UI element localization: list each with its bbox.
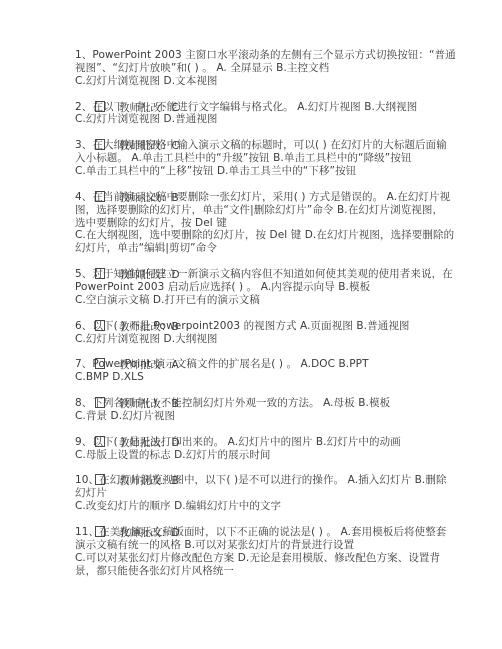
teacher-grade-line: 教师批改：D xyxy=(75,255,435,268)
question-4-line-4: C.在大纲视图，选中要删除的幻灯片，按 Del 键 D.在幻灯片视图，选择要删除… xyxy=(75,229,435,242)
question-5-line-1: 5、对于知道如何建立一新演示文稿内容但不知道如何使其美观的使用者来说，在 xyxy=(75,268,435,281)
question-8-line-1: 8、下列各项中( ) 不能控制幻灯片外观一致的方法。 A.母板 B.模板 xyxy=(75,397,435,410)
question-2-line-1: 2、在以下 中，不能进行文字编辑与格式化。 A.幻灯片视图 B.大纲视图 xyxy=(75,101,435,114)
question-1-line-1: 1、PowerPoint 2003 主窗口水平滚动条的左侧有三个显示方式切换按钮… xyxy=(75,49,435,62)
question-2-line-2: C.幻灯片浏览视图 D.普通视图 xyxy=(75,113,435,126)
question-4-line-3: 选中要删除的幻灯片，按 Del 键 xyxy=(75,217,435,230)
question-list: 1、PowerPoint 2003 主窗口水平滚动条的左侧有三个显示方式切换按钮… xyxy=(75,49,435,578)
question-block: 1、PowerPoint 2003 主窗口水平滚动条的左侧有三个显示方式切换按钮… xyxy=(75,49,435,101)
question-text: 7、PowerPoint 演示文稿文件的扩展名是( ) 。 A.DOC B.PP… xyxy=(75,358,435,384)
question-block: 2、在以下 中，不能进行文字编辑与格式化。 A.幻灯片视图 B.大纲视图C.幻灯… xyxy=(75,101,435,140)
teacher-grade-line: 教师批改：B xyxy=(75,384,435,397)
question-10-line-1: 10、在幻灯片浏览视图中，以下( )是不可以进行的操作。 A.插入幻灯片 B.删… xyxy=(75,474,435,487)
question-text: 3、在大纲视图窗格中输入演示文稿的标题时，可以( ) 在幻灯片的大标题后面输入小… xyxy=(75,139,435,178)
question-3-line-2: 入小标题。 A.单击工具栏中的“升级”按钮 B.单击工具栏中的“降级”按钮 xyxy=(75,152,435,165)
teacher-grade-line: 教师批改：D xyxy=(75,513,435,526)
question-block: 9、以下( ) 是无法打印出来的。 A.幻灯片中的图片 B.幻灯片中的动画C.母… xyxy=(75,436,435,475)
question-7-line-2: C.BMP D.XLS xyxy=(75,371,435,384)
question-7-line-1: 7、PowerPoint 演示文稿文件的扩展名是( ) 。 A.DOC B.PP… xyxy=(75,358,435,371)
question-text: 9、以下( ) 是无法打印出来的。 A.幻灯片中的图片 B.幻灯片中的动画C.母… xyxy=(75,436,435,462)
question-block: 3、在大纲视图窗格中输入演示文稿的标题时，可以( ) 在幻灯片的大标题后面输入小… xyxy=(75,139,435,191)
question-text: 5、对于知道如何建立一新演示文稿内容但不知道如何使其美观的使用者来说，在Powe… xyxy=(75,268,435,307)
teacher-grade-line: 教师批改：C xyxy=(75,126,435,139)
teacher-grade-line: 教师批改：B xyxy=(75,462,435,475)
question-1-line-2: 视图”、“幻灯片放映”和( ) 。 A. 全屏显示 B.主控文档 xyxy=(75,62,435,75)
teacher-grade-line: 教师批改：C xyxy=(75,88,435,101)
question-4-line-1: 4、在当前演示文稿中要删除一张幻灯片，采用( ) 方式是错误的。 A.在幻灯片视 xyxy=(75,191,435,204)
question-block: 4、在当前演示文稿中要删除一张幻灯片，采用( ) 方式是错误的。 A.在幻灯片视… xyxy=(75,191,435,268)
question-5-line-3: C.空白演示文稿 D.打开已有的演示文稿 xyxy=(75,294,435,307)
question-block: 7、PowerPoint 演示文稿文件的扩展名是( ) 。 A.DOC B.PP… xyxy=(75,358,435,397)
question-10-line-2: 幻灯片 xyxy=(75,487,435,500)
question-5-line-2: PowerPoint 2003 启动后应选择( ) 。 A.内容提示向导 B.模… xyxy=(75,281,435,294)
teacher-grade-line: 教师批改：D xyxy=(75,423,435,436)
question-1-line-3: C.幻灯片浏览视图 D.文本视图 xyxy=(75,75,435,88)
question-11-line-2: 演示文稿有统一的风格 B.可以对某张幻灯片的背景进行设置 xyxy=(75,539,435,552)
question-11-line-4: 景，都只能使各张幻灯片风格统一 xyxy=(75,565,435,578)
question-block: 8、下列各项中( ) 不能控制幻灯片外观一致的方法。 A.母板 B.模板C.背景… xyxy=(75,397,435,436)
question-9-line-2: C.母版上设置的标志 D.幻灯片的展示时间 xyxy=(75,449,435,462)
question-text: 1、PowerPoint 2003 主窗口水平滚动条的左侧有三个显示方式切换按钮… xyxy=(75,49,435,88)
question-11-line-1: 11、在美化演示文稿版面时，以下不正确的说法是( ) 。 A.套用模板后将使整套 xyxy=(75,526,435,539)
question-6-line-2: C.幻灯片浏览视图 D.大纲视图 xyxy=(75,333,435,346)
question-text: 10、在幻灯片浏览视图中，以下( )是不可以进行的操作。 A.插入幻灯片 B.删… xyxy=(75,474,435,513)
document-page: 1、PowerPoint 2003 主窗口水平滚动条的左侧有三个显示方式切换按钮… xyxy=(0,0,502,649)
teacher-grade-line: 教师批改：B xyxy=(75,178,435,191)
question-4-line-2: 图，选择要删除的幻灯片，单击“文件|删除幻灯片”命令 B.在幻灯片浏览视图， xyxy=(75,204,435,217)
question-block: 11、在美化演示文稿版面时，以下不正确的说法是( ) 。 A.套用模板后将使整套… xyxy=(75,526,435,578)
question-block: 6、以下( ) 不是 Powerpoint2003 的视图方式 A.页面视图 B… xyxy=(75,320,435,359)
question-10-line-3: C.改变幻灯片的顺序 D.编辑幻灯片中的文字 xyxy=(75,500,435,513)
question-block: 10、在幻灯片浏览视图中，以下( )是不可以进行的操作。 A.插入幻灯片 B.删… xyxy=(75,474,435,526)
question-6-line-1: 6、以下( ) 不是 Powerpoint2003 的视图方式 A.页面视图 B… xyxy=(75,320,435,333)
question-text: 6、以下( ) 不是 Powerpoint2003 的视图方式 A.页面视图 B… xyxy=(75,320,435,346)
teacher-grade-line: 教师批改：A xyxy=(75,345,435,358)
question-11-line-3: C.可以对某张幻灯片修改配色方案 D.无论是套用模版、修改配色方案、设置背 xyxy=(75,552,435,565)
question-text: 4、在当前演示文稿中要删除一张幻灯片，采用( ) 方式是错误的。 A.在幻灯片视… xyxy=(75,191,435,255)
question-text: 2、在以下 中，不能进行文字编辑与格式化。 A.幻灯片视图 B.大纲视图C.幻灯… xyxy=(75,101,435,127)
question-3-line-1: 3、在大纲视图窗格中输入演示文稿的标题时，可以( ) 在幻灯片的大标题后面输 xyxy=(75,139,435,152)
question-8-line-2: C.背景 D.幻灯片视图 xyxy=(75,410,435,423)
question-9-line-1: 9、以下( ) 是无法打印出来的。 A.幻灯片中的图片 B.幻灯片中的动画 xyxy=(75,436,435,449)
question-text: 8、下列各项中( ) 不能控制幻灯片外观一致的方法。 A.母板 B.模板C.背景… xyxy=(75,397,435,423)
question-block: 5、对于知道如何建立一新演示文稿内容但不知道如何使其美观的使用者来说，在Powe… xyxy=(75,268,435,320)
question-text: 11、在美化演示文稿版面时，以下不正确的说法是( ) 。 A.套用模板后将使整套… xyxy=(75,526,435,578)
question-4-line-5: 幻灯片，单击“编辑|剪切”命令 xyxy=(75,242,435,255)
question-3-line-3: C.单击工具栏中的“上移”按钮 D.单击工具兰中的“下移”按钮 xyxy=(75,165,435,178)
teacher-grade-line: 教师批改：B xyxy=(75,307,435,320)
